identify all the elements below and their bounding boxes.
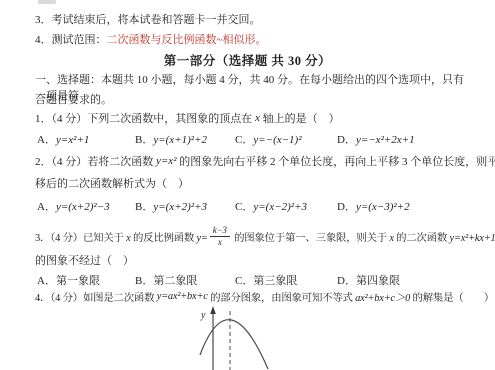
question-2-options: A．y=(x+2)²−3 B．y=(x+2)²+3 C．y=(x−2)²+3 D… [35, 197, 471, 215]
text-segment: 3．（4 分）已知关于 [35, 233, 126, 244]
q3-stem-pre: 3．（4 分）已知关于 x 的反比例函数 y= [35, 229, 208, 244]
notice-4: 4．测试范围：二次函数与反比例函数~相似形。 [35, 31, 471, 47]
q3-option-d: D．第四象限 [337, 272, 400, 288]
text-segment: 的图象不经过（ ） [35, 252, 134, 268]
question-3-stem-line2: 的图象不经过（ ） [35, 252, 471, 268]
parabola-curve [200, 320, 268, 369]
q3-stem-post: 的图象位于第一、三象限，则关于 x 的二次函数 y=x²+kx+1 [232, 229, 495, 244]
notice-4-label: 测试范围： [52, 31, 107, 47]
q1-option-a: A．y=x²+1 [37, 131, 89, 147]
text-segment: 4．（4 分）如图是二次函数 [35, 289, 157, 304]
q1-option-d: D．y=−x²+2x+1 [337, 131, 415, 147]
notice-3: 3．考试结束后，将本试卷和答题卡一并交回。 [35, 11, 471, 27]
q3-option-b: B．第二象限 [135, 272, 197, 288]
text-segment: 的解集是（ ） [410, 289, 494, 304]
text-segment: 的图象位于第一、三象限，则关于 [232, 233, 390, 244]
q2-option-b: B．y=(x+2)²+3 [135, 198, 207, 214]
y-axis-arrow-icon [210, 306, 216, 314]
question-2-stem-line1: 2．（4 分）若将二次函数 y=x² 的图象先向右平移 2 个单位长度，再向上平… [35, 153, 471, 169]
q3-option-c: C．第三象限 [235, 272, 297, 288]
notice-3-number: 3． [35, 11, 52, 27]
q2-option-c: C．y=(x−2)²+3 [235, 198, 307, 214]
y-axis-label: y [200, 310, 206, 321]
section-title: 第一部分（选择题 共 30 分） [0, 51, 495, 69]
instructions-line2: 合题目要求的。 [35, 91, 471, 107]
text-segment: y=x²+kx+1 [450, 233, 495, 244]
question-1-options: A．y=x²+1 B．y=(x+1)²+2 C．y=−(x−1)² D．y=−x… [35, 130, 471, 148]
text-segment: y=ax²+bx+c [157, 291, 208, 302]
text-segment: 轴上的是（ ） [260, 110, 340, 126]
exam-paper-page: 3．考试结束后，将本试卷和答题卡一并交回。 4．测试范围：二次函数与反比例函数~… [0, 0, 495, 370]
question-3-stem-line1: 3．（4 分）已知关于 x 的反比例函数 y=k−3x 的图象位于第一、三象限，… [35, 222, 471, 250]
q1-option-b: B．y=(x+1)²+2 [135, 131, 207, 147]
text-segment: 的图象先向右平移 2 个单位长度，再向上平移 3 个单位长度，则平 [177, 153, 495, 169]
q2-option-a: A．y=(x+2)²−3 [37, 198, 110, 214]
text-segment: 移后的二次函数解析式为（ ） [35, 175, 189, 191]
text-segment: 的部分图象，由图象可知不等式 [208, 289, 355, 304]
notice-3-text: 考试结束后，将本试卷和答题卡一并交回。 [52, 11, 261, 27]
clipped-text-remnant [38, 0, 56, 4]
text-segment: y= [197, 233, 208, 244]
q2-option-d: D．y=(x−3)²+2 [337, 198, 410, 214]
q4-parabola-figure: y [182, 305, 347, 370]
notice-4-number: 4． [35, 31, 52, 47]
text-segment: 的反比例函数 [131, 233, 197, 244]
text-segment: ax²+bx+c＞0 [355, 289, 410, 304]
text-segment: 1．（4 分）下列二次函数中，其图象的顶点在 [35, 110, 255, 126]
notice-4-test-scope: 二次函数与反比例函数~相似形。 [107, 31, 267, 47]
text-segment: 的二次函数 [394, 233, 450, 244]
question-2-stem-line2: 移后的二次函数解析式为（ ） [35, 175, 471, 191]
fraction-k-minus-3-over-x: k−3x [210, 225, 230, 248]
q1-option-c: C．y=−(x−1)² [235, 131, 302, 147]
question-3-options: A．第一象限 B．第二象限 C．第三象限 D．第四象限 [35, 271, 471, 289]
text-segment: y=x² [156, 155, 177, 167]
question-4-stem: 4．（4 分）如图是二次函数 y=ax²+bx+c 的部分图象，由图象可知不等式… [35, 289, 471, 304]
question-1-stem: 1．（4 分）下列二次函数中，其图象的顶点在 x 轴上的是（ ） [35, 110, 471, 126]
text-segment: 2．（4 分）若将二次函数 [35, 153, 156, 169]
q3-option-a: A．第一象限 [37, 272, 100, 288]
